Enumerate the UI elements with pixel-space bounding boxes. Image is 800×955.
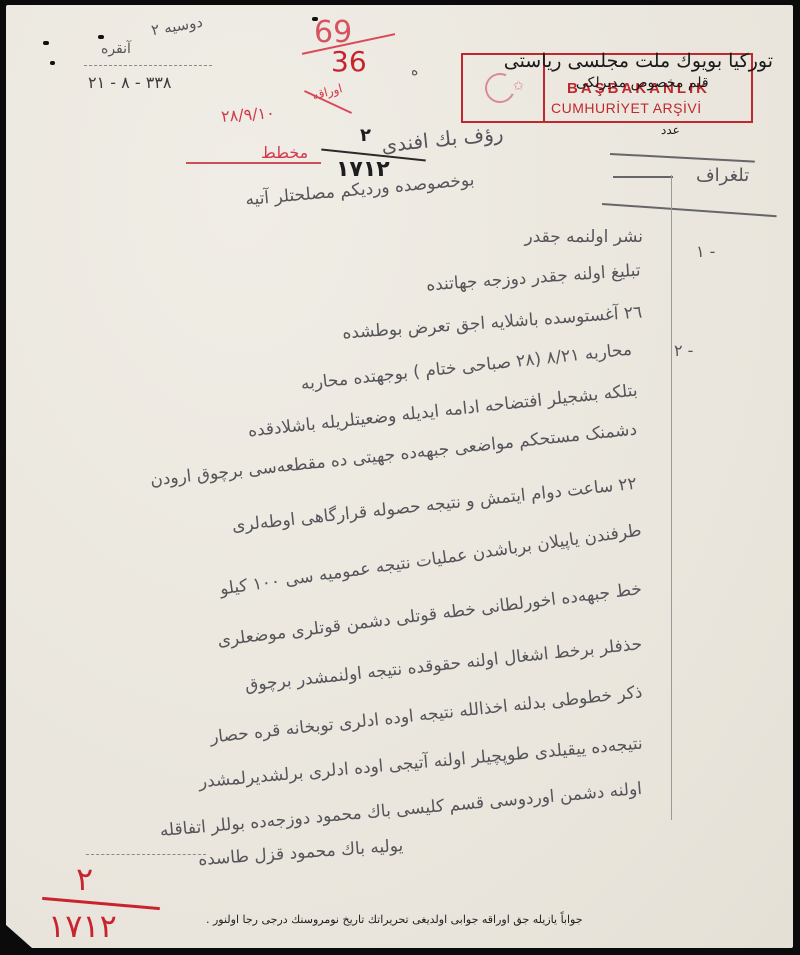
punch-dot (43, 41, 49, 45)
body-line-8: ٢٢ ساعت دوام ایتمش و نتیجه حصوله قرارگاه… (231, 474, 638, 536)
margin-number-2: ٢ - (674, 341, 693, 360)
telegram-rule-mid (613, 176, 673, 178)
telegram-rule-bottom (602, 203, 777, 217)
top-left-note-line1: دوسيه ٢ (150, 13, 204, 40)
telegram-rule-top (610, 153, 755, 163)
body-line-11: حذفلر برخط اشغال اولنه حقوقده نتیجه اولن… (244, 634, 643, 696)
top-left-date: ٣٣٨ - ٨ - ٢١ (88, 73, 171, 92)
dotted-divider (84, 65, 212, 67)
small-mark: ه (411, 63, 418, 79)
red-underline (186, 162, 321, 164)
red-date: ٢٨/٩/١٠ (220, 103, 275, 126)
body-line-3: تبلیغ اولنه جقدر دوزجه جهاتنده (426, 261, 642, 296)
red-underlined-word: مخطط (261, 143, 308, 162)
telegram-label: تلغراف (696, 165, 749, 186)
star-icon: ✩ (513, 79, 524, 94)
punch-dot (50, 61, 55, 65)
dotted-marks (86, 854, 206, 856)
stamp-line2: CUMHURİYET ARŞİVİ (551, 100, 702, 116)
number-label: عدد (661, 123, 680, 137)
body-line-4: ٢٦ آغستوسده باشلایه اجق تعرض بوطشده (342, 303, 643, 344)
document-page: دوسيه ٢ آنقره ٣٣٨ - ٨ - ٢١ 69 36 اوراقه … (6, 5, 793, 948)
letterhead-line2: قلم مخصوص مديرلكى (576, 75, 709, 91)
bottom-fraction-bottom: ١٧١٢ (48, 907, 117, 945)
body-line-7: دشمنک مستحکم مواضعی جبهه‌ده جهیتی ده مقط… (149, 419, 638, 490)
letterhead-line1: توركيا بويوك ملت مجلسى رياستى (504, 50, 773, 72)
margin-line (671, 175, 672, 820)
margin-number-1: ١ - (696, 242, 715, 261)
ink-number-top: ٢ (360, 125, 371, 146)
bottom-fraction-top: ٢ (76, 860, 93, 898)
body-line-2: نشر اولنمه جقدر (524, 227, 643, 247)
folded-corner (6, 925, 32, 948)
punch-dot (98, 35, 104, 39)
printed-footer: جواباً یازیله جق اوراقه جوابی اولدیغی تح… (206, 913, 583, 926)
body-line-15: یولیه باك محمود قزل طاسده (197, 836, 403, 870)
addressee: رؤف بك افندى (380, 121, 504, 158)
evrak-label: اوراقه (311, 81, 344, 102)
top-left-note-line2: آنقره (101, 41, 131, 57)
archive-number-bottom: 36 (331, 45, 367, 78)
